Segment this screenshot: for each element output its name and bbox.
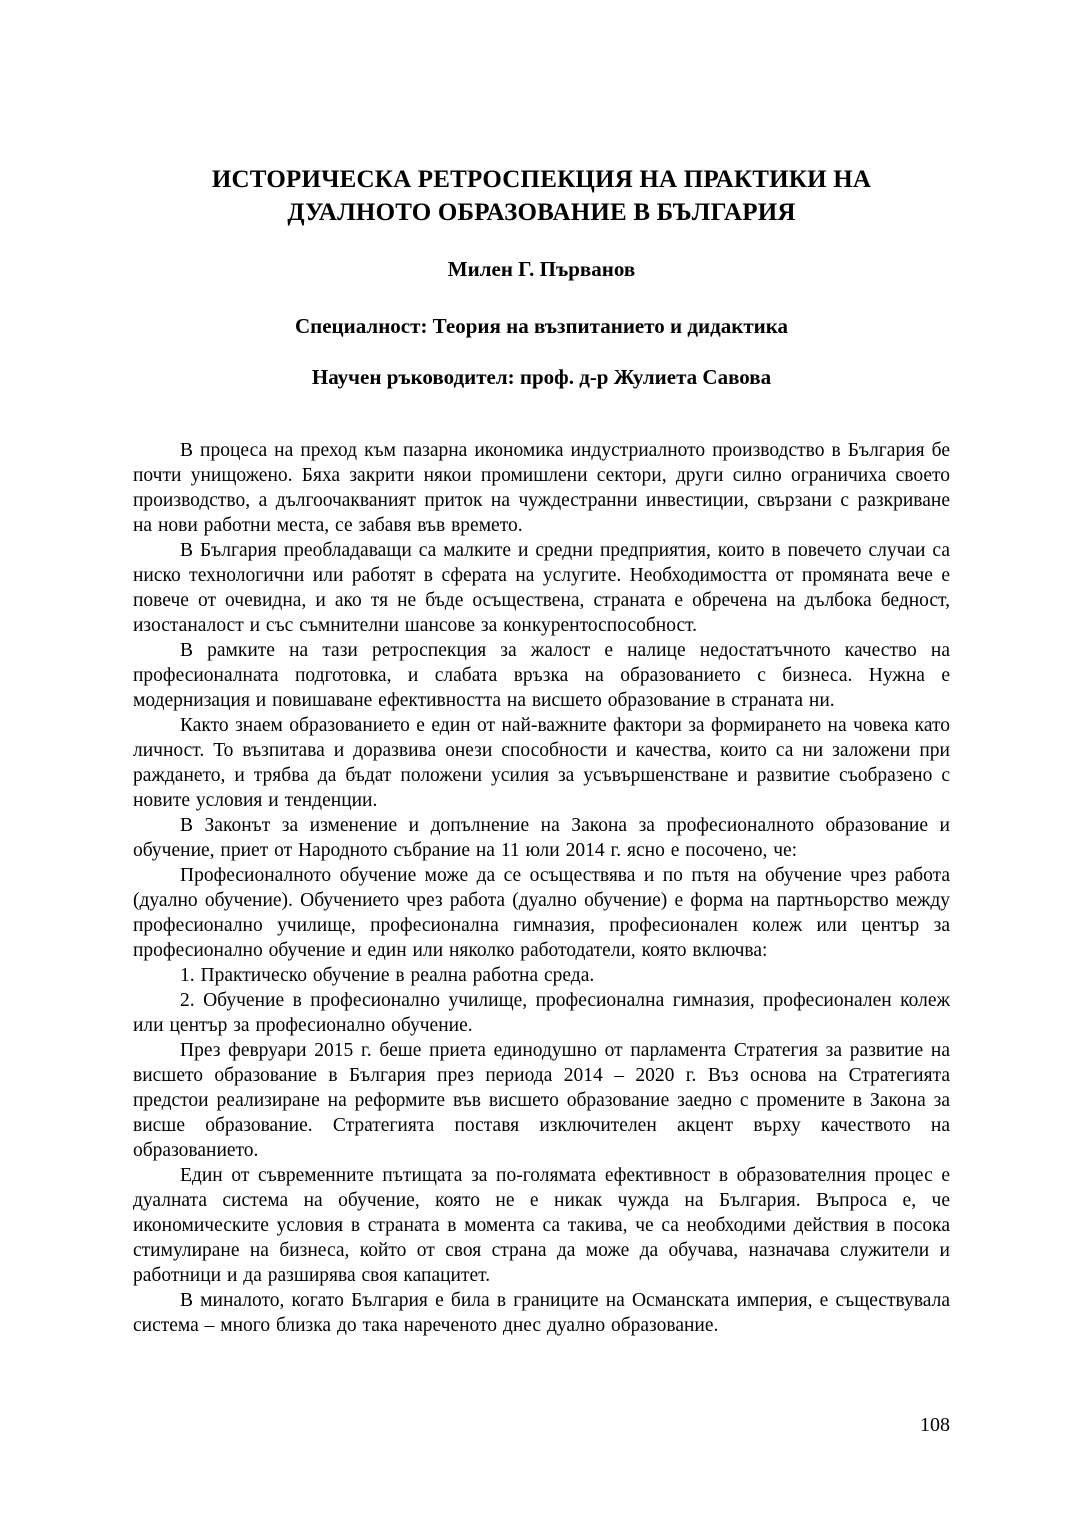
paragraph-dual-system: Един от съвременните пътищата за по-голя… [133, 1163, 950, 1288]
specialty-line: Специалност: Теория на възпитанието и ди… [133, 313, 950, 339]
paragraph-retrospection: В рамките на тази ретроспекция за жалост… [133, 638, 950, 713]
paragraph-smes: В България преобладаващи са малките и ср… [133, 538, 950, 638]
page-title: ИСТОРИЧЕСКА РЕТРОСПЕКЦИЯ НА ПРАКТИКИ НА … [152, 163, 932, 229]
list-item-2: 2. Обучение в професионално училище, про… [133, 988, 950, 1038]
page-number: 108 [920, 1413, 950, 1437]
paragraph-intro-economy: В процеса на преход към пазарна икономик… [133, 438, 950, 538]
list-item-1: 1. Практическо обучение в реална работна… [133, 963, 950, 988]
paragraph-law-2014: В Законът за изменение и допълнение на З… [133, 813, 950, 863]
paragraph-education-role: Както знаем образованието е един от най-… [133, 713, 950, 813]
supervisor-line: Научен ръководител: проф. д-р Жулиета Са… [133, 364, 950, 390]
author-name: Милен Г. Първанов [133, 256, 950, 282]
paragraph-strategy-2015: През февруари 2015 г. беше приета единод… [133, 1038, 950, 1163]
paragraph-dual-definition: Професионалното обучение може да се осъщ… [133, 863, 950, 963]
paragraph-ottoman-history: В миналото, когато България е била в гра… [133, 1288, 950, 1338]
document-page: ИСТОРИЧЕСКА РЕТРОСПЕКЦИЯ НА ПРАКТИКИ НА … [0, 0, 1080, 1528]
body-text: В процеса на преход към пазарна икономик… [133, 438, 950, 1338]
